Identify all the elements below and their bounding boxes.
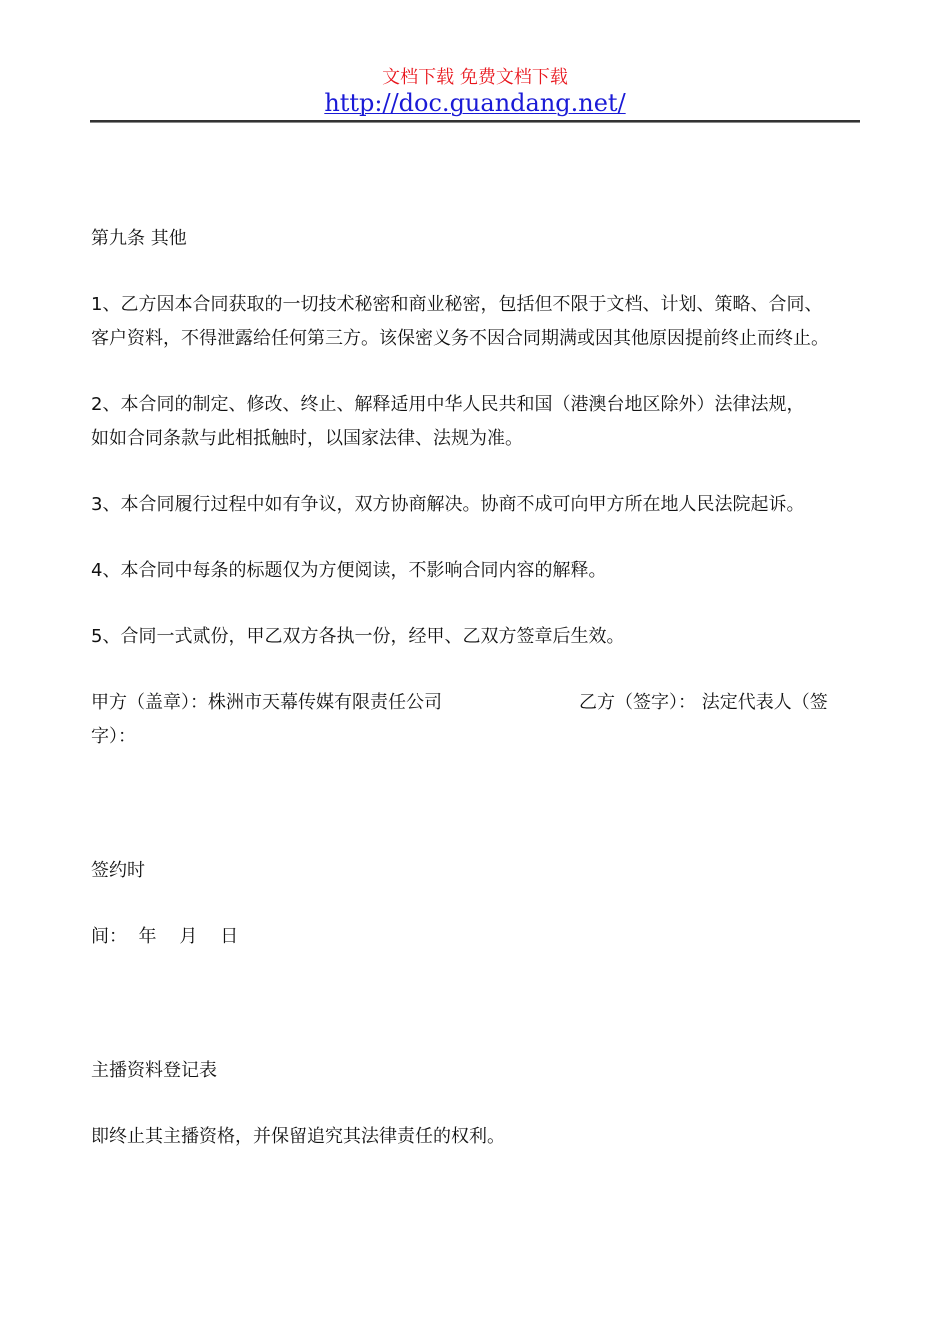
page-header: 文档下载 免费文档下载 http://doc.guandang.net/ [0,66,950,117]
party-a-signature: 甲方（盖章）：株洲市天幕传媒有限责任公司 [91,692,442,713]
clause-line: 1、乙方因本合同获取的一切技术秘密和商业秘密，包括但不限于文档、计划、策略、合同… [91,288,871,322]
form-title: 主播资料登记表 [91,1054,871,1088]
clause-line: 4、本合同中每条的标题仅为方便阅读，不影响合同内容的解释。 [91,554,871,588]
sign-date-label: 签约时 [91,854,871,888]
party-b-signature-cont: 字）： [91,720,871,754]
header-link[interactable]: http://doc.guandang.net/ [324,89,625,117]
clause-line: 5、合同一式贰份，甲乙双方各执一份，经甲、乙双方签章后生效。 [91,620,871,654]
clause-1: 1、乙方因本合同获取的一切技术秘密和商业秘密，包括但不限于文档、计划、策略、合同… [91,288,871,356]
signature-block: 甲方（盖章）：株洲市天幕传媒有限责任公司 乙方（签字）： 法定代表人（签 字）： [91,686,871,754]
header-title: 文档下载 免费文档下载 [0,66,950,90]
header-divider [90,120,860,122]
closing-text: 即终止其主播资格，并保留追究其法律责任的权利。 [91,1120,871,1154]
clause-2: 2、本合同的制定、修改、终止、解释适用中华人民共和国（港澳台地区除外）法律法规，… [91,388,871,456]
clause-line: 2、本合同的制定、修改、终止、解释适用中华人民共和国（港澳台地区除外）法律法规， [91,388,871,422]
document-body: 第九条 其他 1、乙方因本合同获取的一切技术秘密和商业秘密，包括但不限于文档、计… [91,222,871,1154]
clause-line: 客户资料，不得泄露给任何第三方。该保密义务不因合同期满或因其他原因提前终止而终止… [91,322,871,356]
clause-line: 如如合同条款与此相抵触时，以国家法律、法规为准。 [91,422,871,456]
section-title: 第九条 其他 [91,222,871,256]
party-b-signature: 乙方（签字）： 法定代表人（签 [579,686,828,720]
clause-3: 3、本合同履行过程中如有争议，双方协商解决。协商不成可向甲方所在地人民法院起诉。 [91,488,871,522]
sign-date-value: 间： 年 月 日 [91,920,871,954]
sign-date-block: 签约时 间： 年 月 日 [91,854,871,954]
clause-5: 5、合同一式贰份，甲乙双方各执一份，经甲、乙双方签章后生效。 [91,620,871,654]
clause-4: 4、本合同中每条的标题仅为方便阅读，不影响合同内容的解释。 [91,554,871,588]
clause-line: 3、本合同履行过程中如有争议，双方协商解决。协商不成可向甲方所在地人民法院起诉。 [91,488,871,522]
